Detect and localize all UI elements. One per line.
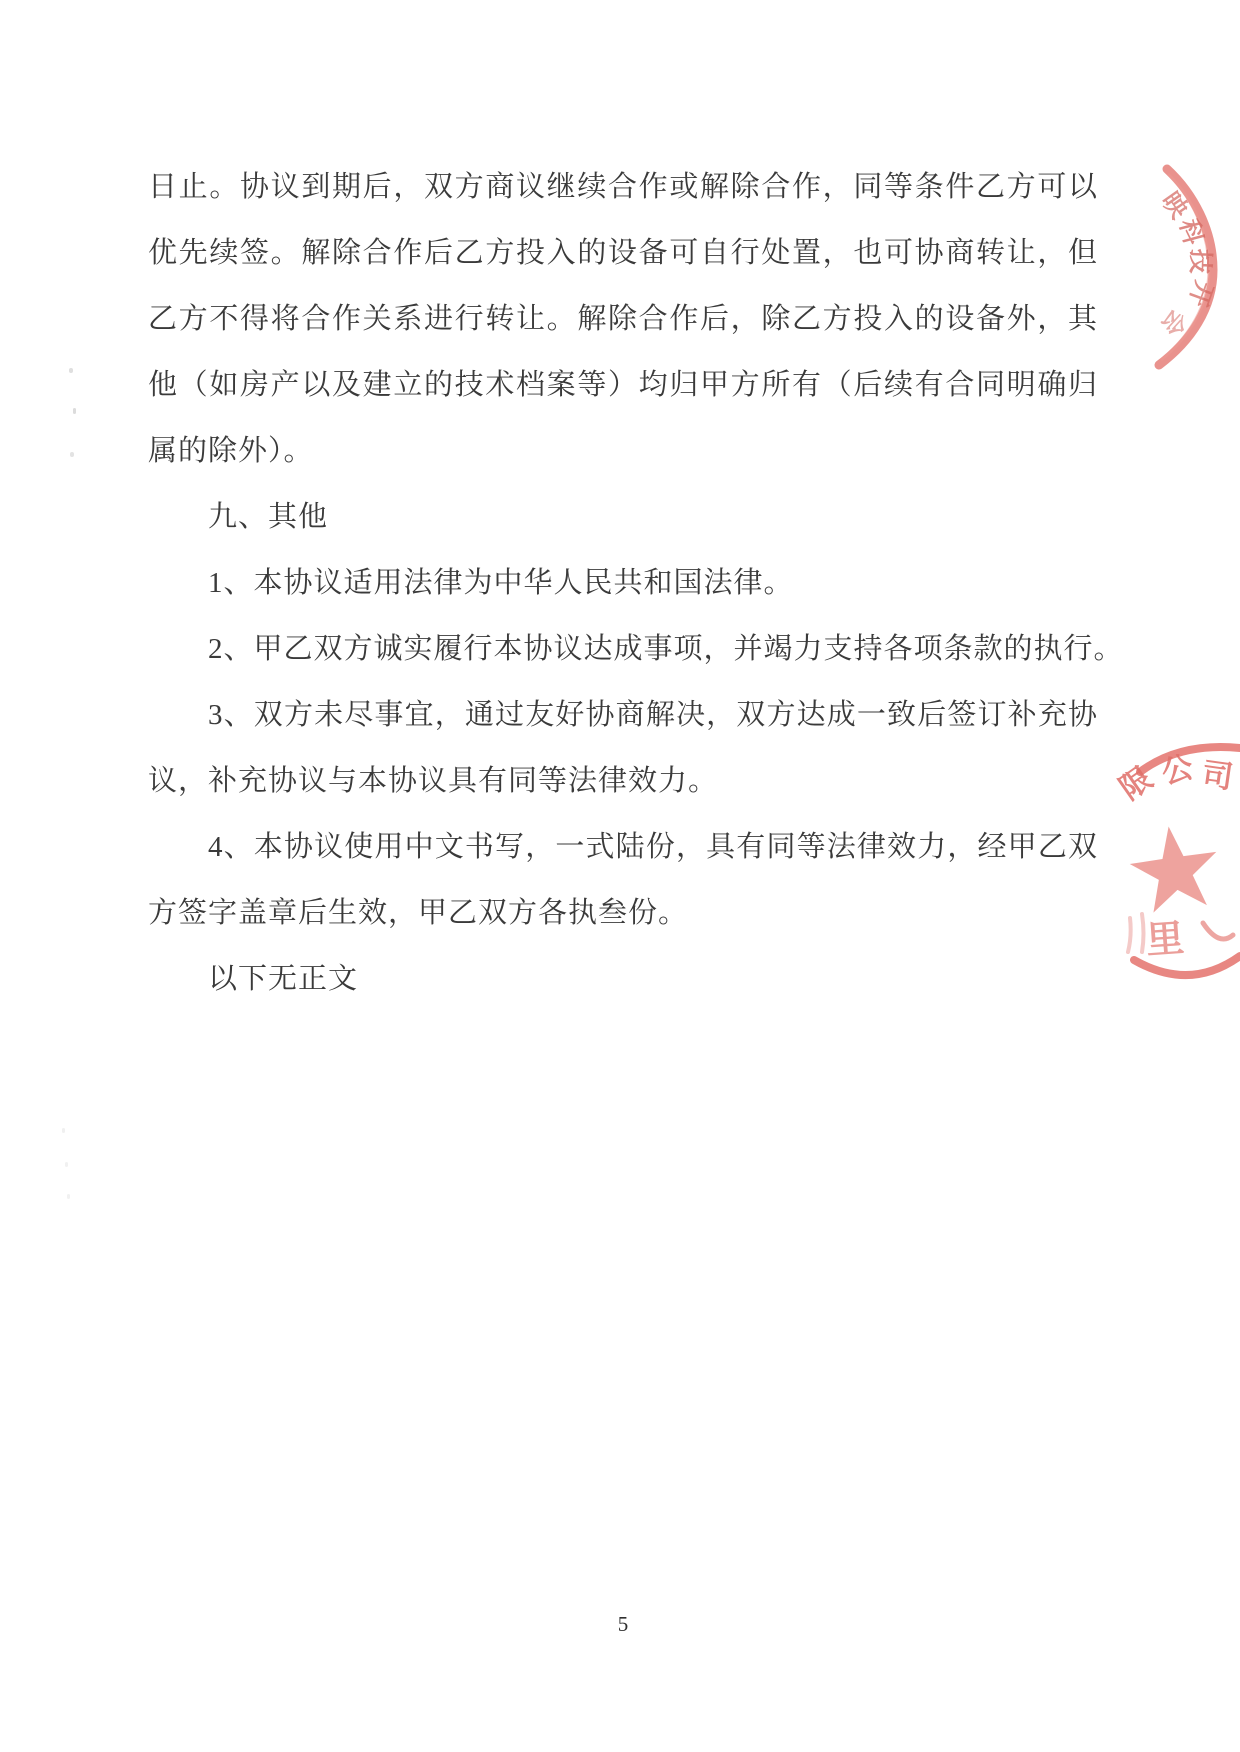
clause-3-line-1: 3、双方未尽事宜，通过友好协商解决，双方达成一致后签订补充协	[148, 682, 1098, 748]
clause-4-line-1: 4、本协议使用中文书写，一式陆份，具有同等法律效力，经甲乙双	[148, 814, 1098, 880]
clause-3-line-2: 议，补充协议与本协议具有同等法律效力。	[148, 748, 1098, 814]
seal-ring-char: 限	[1113, 760, 1158, 806]
seal-rim-arc-bottom	[1134, 956, 1240, 975]
seal-bottom-fragment-swash	[1203, 923, 1233, 939]
seal-ring-char: 司	[1200, 756, 1236, 795]
seal-ring-char: 映	[1156, 187, 1194, 224]
seal-rim-arc	[1159, 169, 1213, 365]
seal-rim-arc-top	[1140, 747, 1240, 772]
clause-1: 1、本协议适用法律为中华人民共和国法律。	[148, 550, 1098, 616]
company-seal-top-fragment: 映 科 技 开 会	[1115, 145, 1240, 380]
seal-bottom-char: 里	[1145, 918, 1186, 963]
body-line-1: 日止。协议到期后，双方商议继续合作或解除合作，同等条件乙方可以	[148, 154, 1098, 220]
seal-star-icon	[1125, 820, 1223, 915]
clause-2: 2、甲乙双方诚实履行本协议达成事项，并竭力支持各项条款的执行。	[148, 616, 1098, 682]
seal-ring-char: 科	[1174, 216, 1208, 248]
seal-ring-char: 技	[1186, 248, 1215, 274]
seal-rim-arc-texture	[1162, 175, 1209, 359]
body-line-4: 他（如房产以及建立的技术档案等）均归甲方所有（后续有合同明确归	[148, 352, 1098, 418]
document-page: 日止。协议到期后，双方商议继续合作或解除合作，同等条件乙方可以 优先续签。解除合…	[0, 0, 1240, 1752]
company-seal-bottom-fragment: 限 公 司 里	[1100, 730, 1240, 1000]
seal-bottom-fragment-stroke	[1128, 914, 1144, 952]
scan-speck	[62, 1128, 65, 1133]
contract-body-text: 日止。协议到期后，双方商议继续合作或解除合作，同等条件乙方可以 优先续签。解除合…	[148, 154, 1098, 1012]
scan-speck	[65, 1162, 68, 1167]
clause-4-line-2: 方签字盖章后生效，甲乙双方各执叁份。	[148, 880, 1098, 946]
body-line-3: 乙方不得将合作关系进行转让。解除合作后，除乙方投入的设备外，其	[148, 286, 1098, 352]
scan-speck	[67, 1194, 70, 1199]
end-of-text-note: 以下无正文	[148, 946, 1098, 1012]
seal-ring-char: 公	[1158, 749, 1197, 791]
seal-ring-char: 开	[1183, 277, 1218, 310]
scan-speck	[70, 452, 74, 457]
seal-ring-char: 会	[1156, 304, 1193, 341]
body-line-5: 属的除外）。	[148, 418, 1098, 484]
scan-speck	[73, 408, 76, 414]
body-line-2: 优先续签。解除合作后乙方投入的设备可自行处置，也可协商转让，但	[148, 220, 1098, 286]
section-heading-9: 九、其他	[148, 484, 1098, 550]
scan-speck	[69, 368, 73, 373]
page-number: 5	[148, 1612, 1098, 1637]
